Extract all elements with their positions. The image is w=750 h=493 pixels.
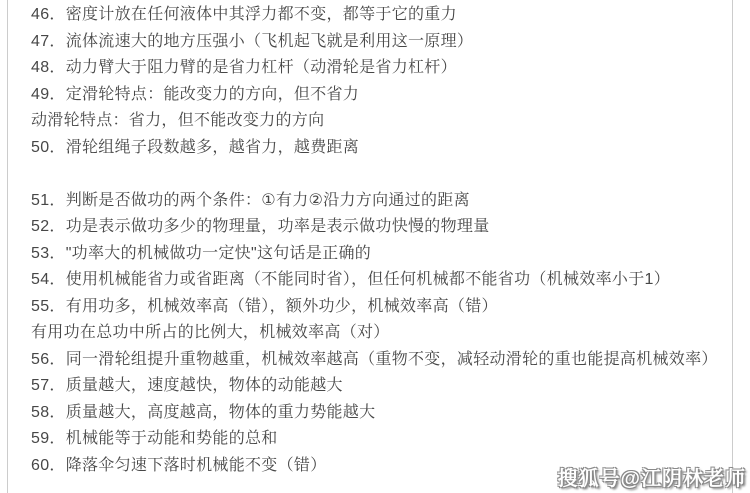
note-line-47: 47．流体流速大的地方压强小（飞机起飞就是利用这一原理） [31, 29, 722, 56]
note-line-51: 51．判断是否做功的两个条件：①有力②沿力方向通过的距离 [31, 188, 722, 215]
note-line-57: 57．质量越大，速度越快，物体的动能越大 [31, 373, 722, 400]
note-line-58: 58．质量越大，高度越高，物体的重力势能越大 [31, 400, 722, 427]
note-line-48: 48．动力臂大于阻力臂的是省力杠杆（动滑轮是省力杠杆） [31, 55, 722, 82]
note-line-49b: 动滑轮特点：省力，但不能改变力的方向 [31, 108, 722, 135]
note-line-46: 46．密度计放在任何液体中其浮力都不变，都等于它的重力 [31, 2, 722, 29]
notes-list: 46．密度计放在任何液体中其浮力都不变，都等于它的重力 47．流体流速大的地方压… [8, 0, 732, 479]
note-line-52: 52．功是表示做功多少的物理量，功率是表示做功快慢的物理量 [31, 214, 722, 241]
note-line-49: 49．定滑轮特点：能改变力的方向，但不省力 [31, 82, 722, 109]
notes-page: 46．密度计放在任何液体中其浮力都不变，都等于它的重力 47．流体流速大的地方压… [7, 0, 733, 493]
note-line-54: 54．使用机械能省力或省距离（不能同时省），但任何机械都不能省功（机械效率小于1… [31, 267, 722, 294]
note-line-55: 55．有用功多，机械效率高（错），额外功少，机械效率高（错） [31, 294, 722, 321]
note-line-50: 50．滑轮组绳子段数越多，越省力，越费距离 [31, 135, 722, 162]
blank-line [31, 161, 722, 188]
note-line-59: 59．机械能等于动能和势能的总和 [31, 426, 722, 453]
sohu-watermark: 搜狐号@江阴林老师 [557, 462, 746, 491]
note-line-53: 53．"功率大的机械做功一定快"这句话是正确的 [31, 241, 722, 268]
note-line-56: 56．同一滑轮组提升重物越重，机械效率越高（重物不变，减轻动滑轮的重也能提高机械… [31, 347, 722, 374]
note-line-55b: 有用功在总功中所占的比例大，机械效率高（对） [31, 320, 722, 347]
